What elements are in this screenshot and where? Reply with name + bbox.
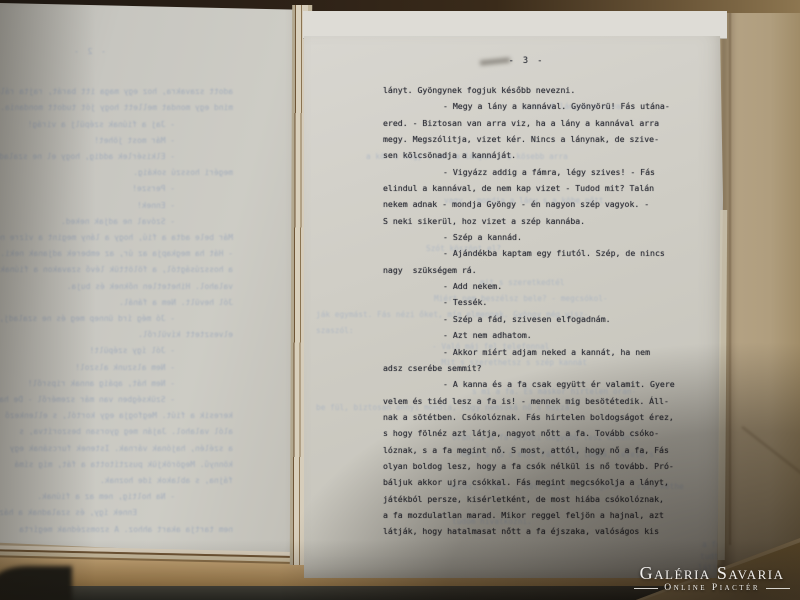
left-page-number: - 2 - — [0, 44, 233, 60]
typed-line: a fa mozdulatlan marad. Mikor reggel fel… — [383, 507, 683, 523]
mirrored-typed-line: - Ennek! — [0, 198, 233, 214]
left-page-mirrored-text: - 2 - adott szavakra, hoz egy maga itt b… — [0, 40, 233, 538]
mirrored-typed-line: - Szóval ne adjak neked. — [0, 214, 233, 230]
typed-line: adsz cserébe semmit? — [383, 360, 683, 376]
typed-line: nak a sötétben. Csókolóznak. Fás hirtele… — [383, 409, 683, 425]
typed-line: nagy szükségem rá. — [383, 262, 683, 278]
mirrored-typed-line: adott szavakra, hoz egy maga itt barát, … — [0, 84, 233, 100]
typed-line: báljuk akkor ujra csókkal. Fás megint me… — [383, 474, 683, 490]
mirrored-typed-line: a hosszúságtól, a fölöttük lévő szavakon… — [0, 262, 233, 278]
mirrored-typed-line: fájna, s ablakok ide hoznak. — [0, 473, 233, 489]
typed-line: S neki sikerül, hoz vizet a szép kannába… — [383, 213, 683, 229]
mirrored-typed-line: - Jól így szépült! — [0, 343, 233, 359]
right-page: - 3 - s ne. A lányokra hiva a kör s hogy… — [304, 36, 723, 578]
mirrored-typed-line: - Hát ha megkapja az úr, az emberek adja… — [0, 246, 233, 262]
mirrored-typed-line: - Jaj a fiúnak szépülj a virág! — [0, 117, 233, 133]
typed-line: játékból persze, kisérletként, de most h… — [383, 491, 683, 507]
mirrored-typed-line: valahol. Hihetetlen nőknek és buja. — [0, 279, 233, 295]
mirrored-typed-line: - Elkisérlek addig, hogy el ne szaladj, … — [0, 149, 233, 165]
typed-line: elindul a kannával, de nem kap vizet - T… — [383, 180, 683, 196]
typed-line: lóznak, s a fa megint nő. S most, attól,… — [383, 442, 683, 458]
typed-line: - Akkor miért adjam neked a kannát, ha n… — [383, 344, 683, 360]
mirrored-typed-line: nem tartja akart ahhoz. A szomszédnak me… — [0, 522, 233, 538]
mirrored-typed-line: Jól hevült. Nem a fánál. — [0, 295, 233, 311]
typed-line: - Megy a lány a kannával. Gyönyörü! Fás … — [383, 98, 683, 114]
mirrored-typed-line: megéri hosszú sokáig. — [0, 165, 233, 181]
typed-line: - Azt nem adhatom. — [383, 327, 683, 343]
mirrored-typed-line: a szélén, hajónak várnak. Istenek furcsá… — [0, 441, 233, 457]
left-page: - 2 - adott szavakra, hoz egy maga itt b… — [0, 3, 296, 556]
ghost-text-fragment: látj — [698, 563, 717, 572]
typed-line: - Add nekem. — [383, 278, 683, 294]
mirrored-typed-line: - Nem hát, apáig annak ripsről! — [0, 376, 233, 392]
typed-line: megy. Megszólitja, vizet kér. Nincs a lá… — [383, 131, 683, 147]
mirrored-typed-line: - Szükségben van már szeméről - De ha — [0, 392, 233, 408]
typed-line: nekem adnak - mondja Gyöngy - én nagyon … — [383, 196, 683, 212]
typed-line: olyan boldog lesz, hogy a fa csók nélkül… — [383, 458, 683, 474]
mirrored-typed-line: - Nem alszunk alszol! — [0, 360, 233, 376]
mirrored-typed-line: keresik a fiút. Megfogja egy kortól, s e… — [0, 408, 233, 424]
shadow-bottom-left — [0, 566, 72, 600]
mirrored-typed-line: Ennek így, és szaladnak a házak se kertb… — [0, 505, 233, 521]
mirrored-typed-line: - Na holtig, nem az a fiúnak. — [0, 489, 233, 505]
mirrored-typed-line: - Jó még írd ünnep meg és ne szaladj, — [0, 311, 233, 327]
mirrored-typed-line: mind egy mondat mellett hogy jót tudott … — [0, 100, 233, 116]
typed-line: - A kanna és a fa csak együtt ér valamit… — [383, 376, 683, 392]
typed-line: - Szép a kannád. — [383, 229, 683, 245]
ghost-text-fragment: szaszól: — [316, 326, 354, 335]
mirrored-typed-line: - Már most jöhet! — [0, 133, 233, 149]
mirrored-typed-line: - Persze! — [0, 181, 233, 197]
mirrored-typed-line: alól valahol. Jaján meg gyorsan beszorít… — [0, 424, 233, 440]
typed-line: - Ajándékba kaptam egy fiutól. Szép, de … — [383, 245, 683, 261]
underlying-page-top-edge — [303, 11, 727, 39]
typed-line: - Tessék. — [383, 294, 683, 310]
typed-line: - Szép a fád, szivesen elfogadnám. — [383, 311, 683, 327]
manuscript-photo: - 2 - adott szavakra, hoz egy maga itt b… — [0, 0, 800, 600]
mirrored-typed-line: elvesztett kívülről. — [0, 327, 233, 343]
typed-line: sen kölcsönadja a kannáját. — [383, 147, 683, 163]
mirrored-typed-line: könnyű. Megörökjük pusztította a fát, mí… — [0, 457, 233, 473]
typed-line: ered. - Biztosan van arra viz, ha a lány… — [383, 115, 683, 131]
mirrored-typed-line: Már bele adta a fiú, hogy a lány megint … — [0, 230, 233, 246]
typed-text-block: lányt. Gyöngynek fogjuk később nevezni. … — [383, 82, 683, 540]
typed-line: - Vigyázz addig a fámra, légy szives! - … — [383, 164, 683, 180]
typed-line: s hogy fölnéz azt látja, nagyot nőtt a f… — [383, 425, 683, 441]
typed-line: látják, hogy hatalmasat nőtt a fa éjszak… — [383, 523, 683, 539]
typed-line: velem és tiéd lesz a fa is! - mennek mig… — [383, 393, 683, 409]
typed-line: lányt. Gyöngynek fogjuk később nevezni. — [383, 82, 683, 98]
